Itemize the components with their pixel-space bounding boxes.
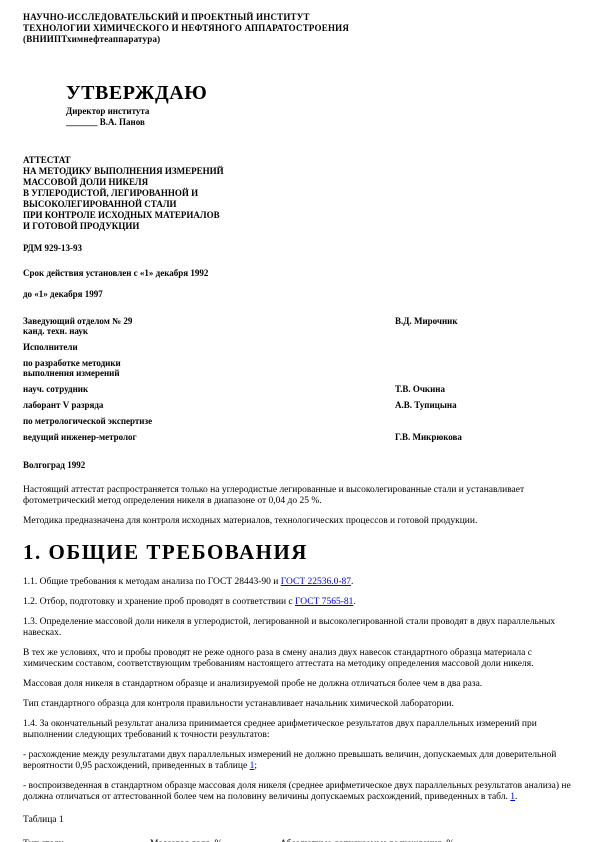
attestation-title-line: ВЫСОКОЛЕГИРОВАННОЙ СТАЛИ	[23, 199, 573, 210]
signatory-name: Т.В. Очкина	[395, 384, 573, 394]
gost-7565-link[interactable]: ГОСТ 7565-81	[295, 597, 353, 607]
clause-1-3-note-a: В тех же условиях, что и пробы проводят …	[23, 648, 573, 670]
attestation-title-line: И ГОТОВОЙ ПРОДУКЦИИ	[23, 221, 573, 232]
attestation-title-line: МАССОВОЙ ДОЛИ НИКЕЛЯ	[23, 177, 573, 188]
clause-1-3-note-b: Массовая доля никеля в стандартном образ…	[23, 679, 573, 690]
signatory-name: Г.В. Микрюкова	[395, 432, 573, 442]
clause-1-3: 1.3. Определение массовой доли никеля в …	[23, 617, 573, 639]
attestation-title-line: АТТЕСТАТ	[23, 155, 573, 166]
signatories-block: Заведующий отделом № 29 канд. техн. наук…	[23, 316, 573, 442]
signatory-role: лаборант V разряда	[23, 400, 395, 410]
signatory-row: Исполнители	[23, 342, 573, 352]
signature-blank: _______	[66, 117, 98, 127]
approval-signature-line: _______ В.А. Панов	[66, 117, 573, 128]
signatory-role: Заведующий отделом № 29 канд. техн. наук	[23, 316, 395, 336]
document-page: НАУЧНО-ИССЛЕДОВАТЕЛЬСКИЙ И ПРОЕКТНЫЙ ИНС…	[0, 0, 595, 842]
signatory-role: по метрологической экспертизе	[23, 416, 395, 426]
signatory-role: ведущий инженер-метролог	[23, 432, 395, 442]
gost-22536-link[interactable]: ГОСТ 22536.0-87	[281, 577, 351, 587]
doc-number: РДМ 929-13-93	[23, 243, 573, 254]
attestation-title-line: НА МЕТОДИКУ ВЫПОЛНЕНИЯ ИЗМЕРЕНИЙ	[23, 166, 573, 177]
letterhead-line-1: НАУЧНО-ИССЛЕДОВАТЕЛЬСКИЙ И ПРОЕКТНЫЙ ИНС…	[23, 12, 573, 23]
intro-paragraph-1: Настоящий аттестат распространяется толь…	[23, 485, 573, 507]
approval-block: УТВЕРЖДАЮ Директор института _______ В.А…	[66, 82, 573, 128]
clause-1-2: 1.2. Отбор, подготовку и хранение проб п…	[23, 597, 573, 608]
validity-to: до «1» декабря 1997	[23, 289, 573, 300]
approval-role: Директор института	[66, 106, 573, 117]
attestation-title-line: В УГЛЕРОДИСТОЙ, ЛЕГИРОВАННОЙ И	[23, 188, 573, 199]
letterhead-line-2: ТЕХНОЛОГИИ ХИМИЧЕСКОГО И НЕФТЯНОГО АППАР…	[23, 23, 573, 34]
table-caption: Таблица 1	[23, 815, 573, 826]
signatory-role: по разработке методики выполнения измере…	[23, 358, 395, 378]
clause-1-4: 1.4. За окончательный результат анализа …	[23, 719, 573, 741]
validity-from: Срок действия установлен с «1» декабря 1…	[23, 268, 573, 279]
clause-1-4-bullet-2: - воспроизведенная в стандартном образце…	[23, 781, 573, 803]
director-name: В.А. Панов	[100, 117, 145, 127]
letterhead: НАУЧНО-ИССЛЕДОВАТЕЛЬСКИЙ И ПРОЕКТНЫЙ ИНС…	[23, 12, 573, 45]
signatory-row: по метрологической экспертизе	[23, 416, 573, 426]
signatory-row: Заведующий отделом № 29 канд. техн. наук…	[23, 316, 573, 336]
place-year: Волгоград 1992	[23, 460, 573, 471]
signatory-name: В.Д. Мирочник	[395, 316, 573, 326]
signatory-row: лаборант V разряда А.В. Тупицына	[23, 400, 573, 410]
signatory-row: ведущий инженер-метролог Г.В. Микрюкова	[23, 432, 573, 442]
letterhead-line-3: (ВНИИПТхимнефтеаппаратура)	[23, 34, 573, 45]
section-1-heading: 1. ОБЩИЕ ТРЕБОВАНИЯ	[23, 540, 573, 564]
signatory-row: по разработке методики выполнения измере…	[23, 358, 573, 378]
attestation-title: АТТЕСТАТ НА МЕТОДИКУ ВЫПОЛНЕНИЯ ИЗМЕРЕНИ…	[23, 155, 573, 232]
attestation-title-line: ПРИ КОНТРОЛЕ ИСХОДНЫХ МАТЕРИАЛОВ	[23, 210, 573, 221]
clause-1-1: 1.1. Общие требования к методам анализа …	[23, 577, 573, 588]
intro-paragraph-2: Методика предназначена для контроля исхо…	[23, 516, 573, 527]
clause-1-4-bullet-1: - расхождение между результатами двух па…	[23, 750, 573, 772]
signatory-role: Исполнители	[23, 342, 395, 352]
signatory-row: науч. сотрудник Т.В. Очкина	[23, 384, 573, 394]
signatory-role: науч. сотрудник	[23, 384, 395, 394]
approval-title: УТВЕРЖДАЮ	[66, 82, 573, 104]
signatory-name: А.В. Тупицына	[395, 400, 573, 410]
clause-1-3-note-c: Тип стандартного образца для контроля пр…	[23, 699, 573, 710]
